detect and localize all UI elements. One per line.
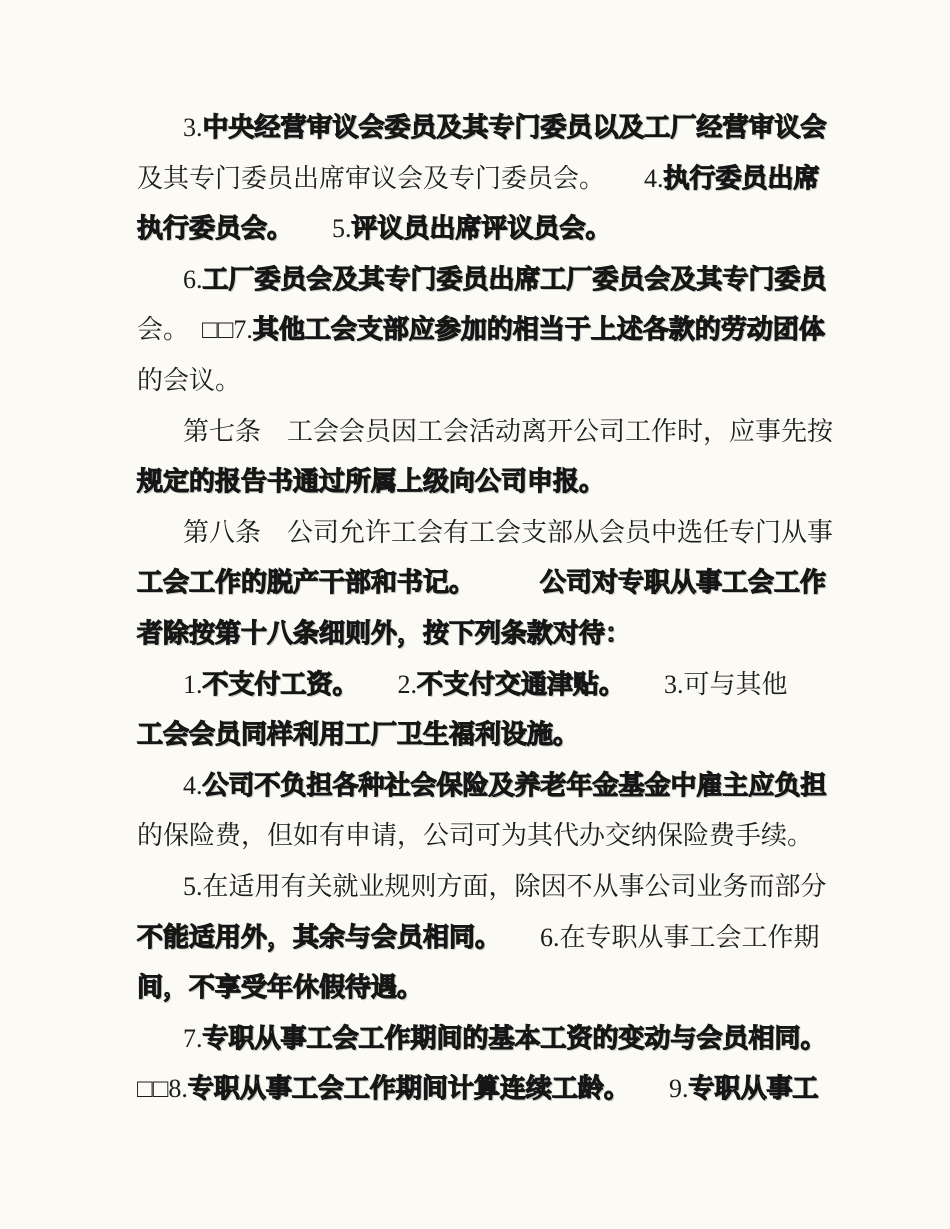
text-run-regular: 会。 □□7. xyxy=(137,315,253,344)
text-line: 1.不支付工资。 2.不支付交通津贴。 3.可与其他 xyxy=(137,660,877,711)
text-line: 第八条 公司允许工会有工会支部从会员中选任专门从事 xyxy=(137,508,877,559)
text-run-outline: 专职从事工会工作期间的基本工资的变动与会员相同。 xyxy=(203,1024,827,1054)
text-line: 6.工厂委员会及其专门委员出席工厂委员会及其专门委员 xyxy=(137,255,877,306)
text-line: 工会工作的脱产干部和书记。 公司对专职从事工会工作 xyxy=(137,558,877,609)
text-line: 间，不享受年休假待遇。 xyxy=(137,963,877,1014)
text-run-regular: 9. xyxy=(617,1074,689,1103)
text-line: 3.中央经营审议会委员及其专门委员以及工厂经营审议会 xyxy=(137,103,877,154)
text-run-outline: 执行委员出席 xyxy=(664,164,820,194)
text-run-regular: 6.在专职从事工会工作期 xyxy=(488,923,820,952)
text-run-outline: 其他工会支部应参加的相当于上述各款的劳动团体 xyxy=(253,315,825,345)
text-run-regular: 5. xyxy=(280,214,352,243)
text-line: 7.专职从事工会工作期间的基本工资的变动与会员相同。 xyxy=(137,1014,877,1065)
text-run-outline: 不支付工资。 xyxy=(203,670,346,700)
text-run-regular: 2. xyxy=(346,670,418,699)
text-run-outline: 不支付交通津贴。 xyxy=(417,670,612,700)
text-run-regular: 第八条 公司允许工会有工会支部从会员中选任专门从事 xyxy=(183,518,833,547)
text-run-outline: 不能适用外，其余与会员相同。 xyxy=(137,923,488,953)
text-run-regular: 3. xyxy=(183,113,203,142)
text-run-regular: 的会议。 xyxy=(137,366,241,395)
text-line: 及其专门委员出席审议会及专门委员会。 4.执行委员出席 xyxy=(137,154,877,205)
text-line: 不能适用外，其余与会员相同。 6.在专职从事工会工作期 xyxy=(137,913,877,964)
text-run-regular: 3.可与其他 xyxy=(612,670,788,699)
text-run-outline: 工会会员同样利用工厂卫生福利设施。 xyxy=(137,720,579,750)
text-run-regular: 第七条 工会会员因工会活动离开公司工作时，应事先按 xyxy=(183,417,833,446)
text-run-regular: □□8. xyxy=(137,1074,188,1103)
text-line: 第七条 工会会员因工会活动离开公司工作时，应事先按 xyxy=(137,407,877,458)
text-run-outline: 规定的报告书通过所属上级向公司申报。 xyxy=(137,467,605,497)
text-line: 4.公司不负担各种社会保险及养老年金基金中雇主应负担 xyxy=(137,761,877,812)
text-line: 规定的报告书通过所属上级向公司申报。 xyxy=(137,457,877,508)
text-line: 的会议。 xyxy=(137,356,877,407)
text-run-outline: 专职从事工会工作期间计算连续工龄。 xyxy=(188,1074,617,1104)
text-run-outline: 公司对专职从事工会工作 xyxy=(540,568,826,598)
text-run-regular: 6. xyxy=(183,265,203,294)
text-run-outline: 间，不享受年休假待遇。 xyxy=(137,973,423,1003)
text-line: □□8.专职从事工会工作期间计算连续工龄。 9.专职从事工 xyxy=(137,1064,877,1115)
text-run-outline: 工会工作的脱产干部和书记。 xyxy=(137,568,462,598)
text-run-regular: 1. xyxy=(183,670,203,699)
text-run-regular: 5.在适用有关就业规则方面，除因不从事公司业务而部分 xyxy=(183,872,827,901)
text-line: 的保险费，但如有申请，公司可为其代办交纳保险费手续。 xyxy=(137,811,877,862)
text-run-outline: 者除按第十八条细则外，按下列条款对待： xyxy=(137,619,631,649)
text-run-regular xyxy=(462,568,540,597)
text-line: 5.在适用有关就业规则方面，除因不从事公司业务而部分 xyxy=(137,862,877,913)
text-line: 执行委员会。 5.评议员出席评议员会。 xyxy=(137,204,877,255)
text-run-outline: 专职从事工 xyxy=(688,1074,818,1104)
text-run-regular: 的保险费，但如有申请，公司可为其代办交纳保险费手续。 xyxy=(137,821,813,850)
text-run-outline: 中央经营审议会委员及其专门委员以及工厂经营审议会 xyxy=(203,113,827,143)
text-line: 者除按第十八条细则外，按下列条款对待： xyxy=(137,609,877,660)
text-run-regular: 7. xyxy=(183,1024,203,1053)
text-run-regular: 及其专门委员出席审议会及专门委员会。 4. xyxy=(137,164,664,193)
text-run-outline: 评议员出席评议员会。 xyxy=(352,214,612,244)
text-run-outline: 执行委员会。 xyxy=(137,214,280,244)
text-run-outline: 工厂委员会及其专门委员出席工厂委员会及其专门委员 xyxy=(203,265,827,295)
text-run-outline: 公司不负担各种社会保险及养老年金基金中雇主应负担 xyxy=(203,771,827,801)
document-page: 3.中央经营审议会委员及其专门委员以及工厂经营审议会及其专门委员出席审议会及专门… xyxy=(137,103,877,1133)
text-run-regular: 4. xyxy=(183,771,203,800)
text-line: 工会会员同样利用工厂卫生福利设施。 xyxy=(137,710,877,761)
text-line: 会。 □□7.其他工会支部应参加的相当于上述各款的劳动团体 xyxy=(137,305,877,356)
